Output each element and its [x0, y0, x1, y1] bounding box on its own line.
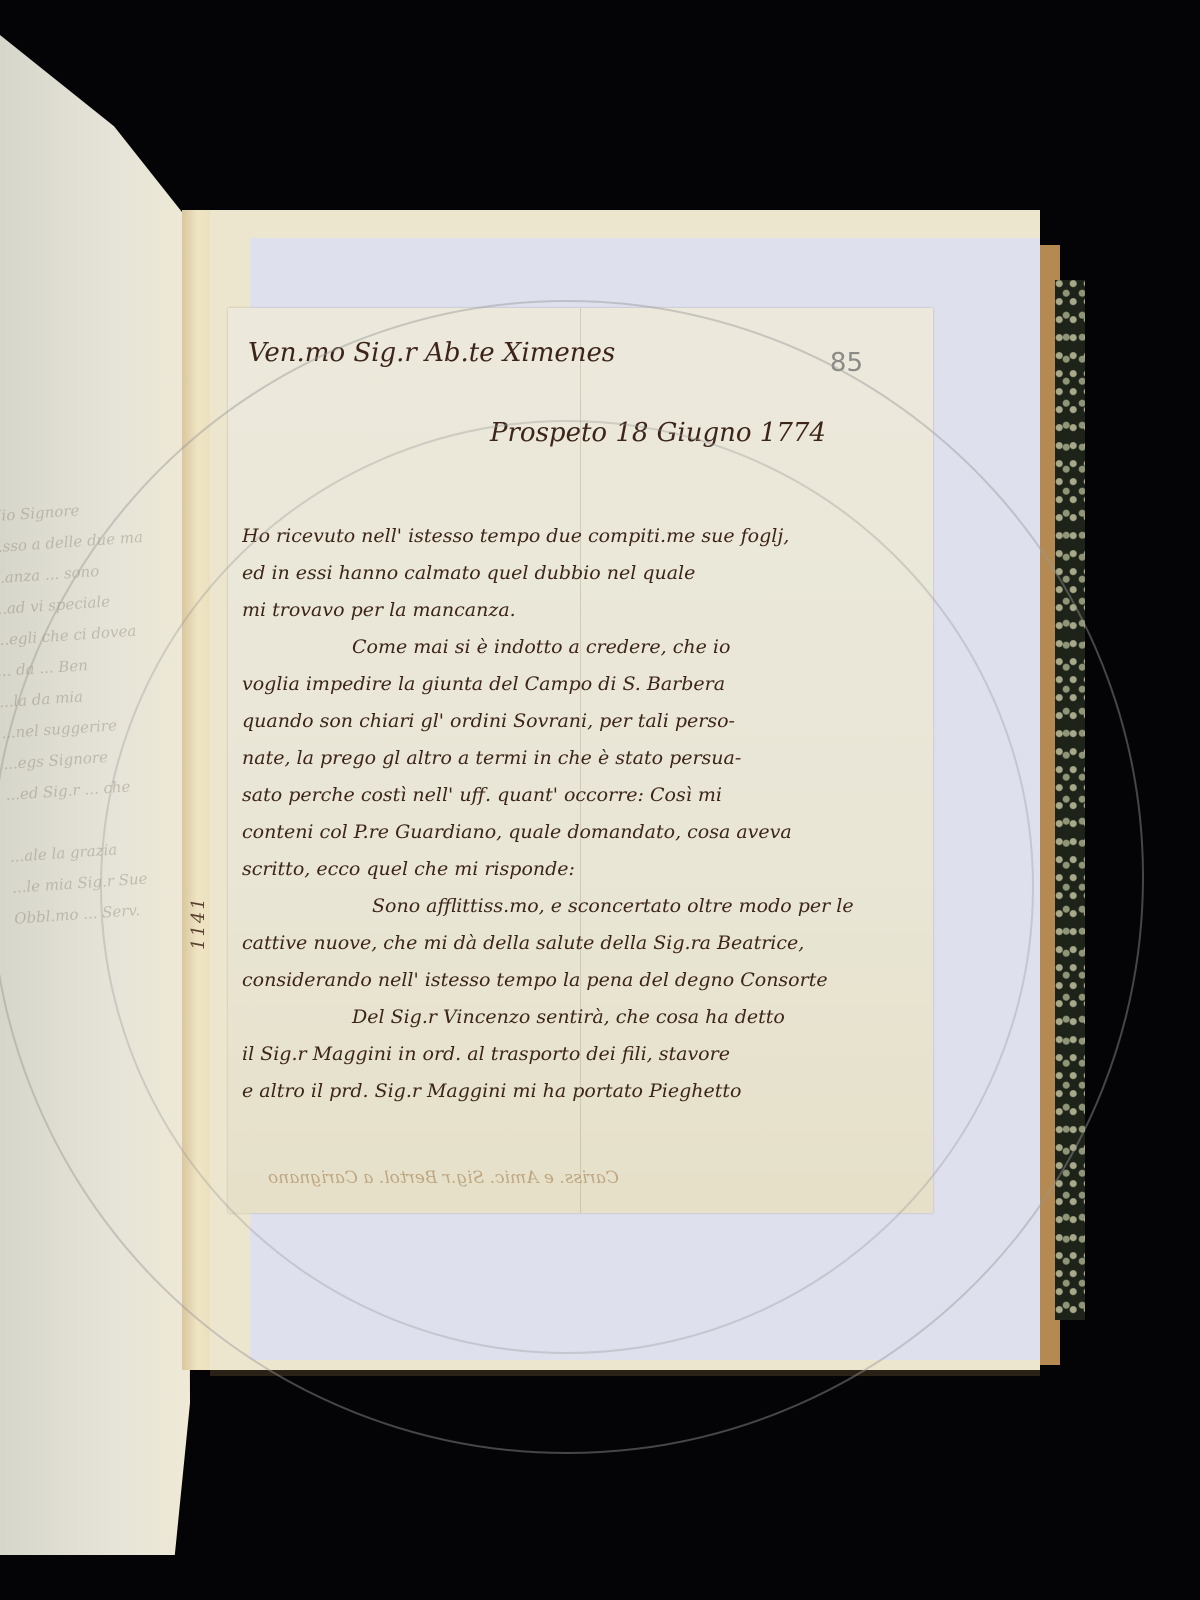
- dateline: Prospeto 18 Giugno 1774: [490, 418, 826, 448]
- letter-line: ed in essi hanno calmato quel dubbio nel…: [242, 555, 932, 592]
- letter-line: voglia impedire la giunta del Campo di S…: [242, 666, 932, 703]
- letter-line: mi trovavo per la mancanza.: [242, 592, 932, 629]
- letter-body: Ho ricevuto nell' istesso tempo due comp…: [242, 518, 932, 1110]
- letter-line: Ho ricevuto nell' istesso tempo due comp…: [242, 518, 932, 555]
- letter-line: Del Sig.r Vincenzo sentirà, che cosa ha …: [242, 999, 932, 1036]
- letter-line: sato perche costì nell' uff. quant' occo…: [242, 777, 932, 814]
- marbled-endpaper: [1055, 280, 1085, 1320]
- letter-line: cattive nuove, che mi dà della salute de…: [242, 925, 932, 962]
- spine-notation: 1141: [188, 896, 209, 950]
- letter-line: Sono afflittiss.mo, e sconcertato oltre …: [242, 888, 932, 925]
- left-facing-page: Mio Signore ...sso a delle due ma ...anz…: [0, 35, 190, 1555]
- folio-number: 85: [830, 348, 863, 378]
- letter-line: conteni col P.re Guardiano, quale domand…: [242, 814, 932, 851]
- salutation: Ven.mo Sig.r Ab.te Ximenes: [248, 338, 615, 368]
- letter-line: il Sig.r Maggini in ord. al trasporto de…: [242, 1036, 932, 1073]
- letter-line: quando son chiari gl' ordini Sovrani, pe…: [242, 703, 932, 740]
- letter-line: scritto, ecco quel che mi risponde:: [242, 851, 932, 888]
- letter-sheet: Ven.mo Sig.r Ab.te Ximenes 85 Prospeto 1…: [228, 308, 933, 1213]
- letter-line: nate, la prego gl altro a termi in che è…: [242, 740, 932, 777]
- letter-line: Come mai si è indotto a credere, che io: [242, 629, 932, 666]
- left-page-faint-text: Mio Signore ...sso a delle due ma ...anz…: [0, 489, 195, 934]
- manuscript-photo: Mio Signore ...sso a delle due ma ...anz…: [0, 0, 1200, 1600]
- letter-line: e altro il prd. Sig.r Maggini mi ha port…: [242, 1073, 932, 1110]
- letter-line: considerando nell' istesso tempo la pena…: [242, 962, 932, 999]
- show-through-text: Cariss. e Amic. Sig.r Bertol. a Carignan…: [268, 1168, 619, 1188]
